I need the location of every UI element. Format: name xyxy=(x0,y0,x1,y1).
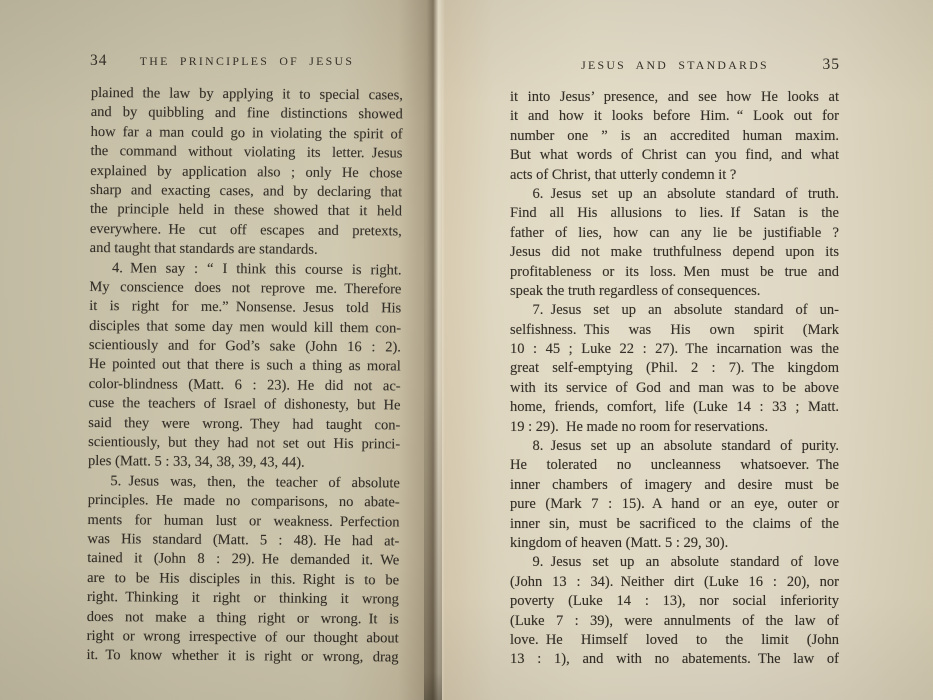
text-line: 4. Men say : “ I think this course is ri… xyxy=(89,259,401,281)
paragraph: it into Jesus’ presence, and see how He … xyxy=(510,88,839,185)
text-line: explained by application also ; only He … xyxy=(90,162,402,184)
text-line: how far a man could go in violating the … xyxy=(91,123,403,145)
text-line: it. To know whether it is right or wrong… xyxy=(86,646,398,668)
text-line: number one ” is an accredited human maxi… xyxy=(510,127,839,146)
text-line: and by quibbling and fine distinctions s… xyxy=(91,103,403,125)
text-line: selfishness. This was His own spirit (Ma… xyxy=(510,321,839,340)
text-line: plained the law by applying it to specia… xyxy=(91,84,403,106)
text-line: was His standard (Matt. 5 : 48). He had … xyxy=(87,530,399,552)
text-line: home, friends, comfort, life (Luke 14 : … xyxy=(510,398,839,417)
text-line: 7. Jesus set up an absolute standard of … xyxy=(510,301,839,320)
text-line: right. Thinking it right or thinking it … xyxy=(87,588,399,610)
text-line: inner chambers of imagery and desire mus… xyxy=(510,476,839,495)
text-line: with its service of God and man was to b… xyxy=(510,379,839,398)
text-line: scientiously and for God’s sake (John 16… xyxy=(89,336,401,358)
page-number-left: 34 xyxy=(90,52,126,70)
text-line: (John 13 : 34). Neither dirt (Luke 16 : … xyxy=(510,573,839,592)
paragraph: 6. Jesus set up an absolute standard of … xyxy=(510,185,839,301)
running-title-left: THE PRINCIPLES OF JESUS xyxy=(126,54,368,69)
text-line: 13 : 1), and with no abatements. The law… xyxy=(510,650,839,669)
text-line: are to be His disciples in this. Right i… xyxy=(87,569,399,591)
book-photo: 34 THE PRINCIPLES OF JESUS plained the l… xyxy=(0,0,933,700)
text-line: 19 : 29). He made no room for reservatio… xyxy=(510,418,839,437)
text-line: 8. Jesus set up an absolute standard of … xyxy=(510,437,839,456)
text-line: acts of Christ, that utterly condemn it … xyxy=(510,166,839,185)
text-line: Jesus did not make truthfulness depend u… xyxy=(510,243,839,262)
text-line: Find all His allusions to lies. If Satan… xyxy=(510,204,839,223)
text-line: father of lies, how can any lie be justi… xyxy=(510,224,839,243)
text-line: said they were wrong. They had taught co… xyxy=(88,414,400,436)
text-line: 9. Jesus set up an absolute standard of … xyxy=(510,553,839,572)
text-line: disciples that some day men would kill t… xyxy=(89,317,401,339)
text-line: the principle held in these showed that … xyxy=(90,200,402,222)
text-line: the command without violating its letter… xyxy=(90,142,402,164)
text-line: poverty (Luke 14 : 13), nor social infer… xyxy=(510,592,839,611)
text-line: color-blindness (Matt. 6 : 23). He did n… xyxy=(89,375,401,397)
paragraph: 4. Men say : “ I think this course is ri… xyxy=(88,259,402,475)
left-page: 34 THE PRINCIPLES OF JESUS plained the l… xyxy=(0,0,433,700)
text-line: everywhere. He cut off escapes and prete… xyxy=(90,220,402,242)
text-line: But what words of Christ can you find, a… xyxy=(510,146,839,165)
text-line: sharp and exacting cases, and by declari… xyxy=(90,181,402,203)
right-page: JESUS AND STANDARDS 35 it into Jesus’ pr… xyxy=(433,0,933,700)
text-line: He tolerated no uncleanness whatsoever. … xyxy=(510,456,839,475)
paragraph: 5. Jesus was, then, the teacher of absol… xyxy=(86,472,400,668)
text-line: 5. Jesus was, then, the teacher of absol… xyxy=(88,472,400,494)
text-line: (Luke 7 : 39), were annulments of the la… xyxy=(510,612,839,631)
text-line: great self-emptying (Phil. 2 : 7). The k… xyxy=(510,359,839,378)
text-line: ments for human lust or weakness. Perfec… xyxy=(87,511,399,533)
text-line: cuse the teachers of Israel of dishonest… xyxy=(88,394,400,416)
paragraph: 7. Jesus set up an absolute standard of … xyxy=(510,301,839,437)
paragraph: 9. Jesus set up an absolute standard of … xyxy=(510,553,839,669)
left-page-body: plained the law by applying it to specia… xyxy=(86,84,403,668)
left-page-header: 34 THE PRINCIPLES OF JESUS xyxy=(90,52,404,70)
text-line: it is right for me.” Nonsense. Jesus tol… xyxy=(89,297,401,319)
text-line: profitableness or its loss. Men must be … xyxy=(510,263,839,282)
text-line: it and how it looks before Him. “ Look o… xyxy=(510,107,839,126)
text-line: My conscience does not reprove me. There… xyxy=(89,278,401,300)
text-line: kingdom of heaven (Matt. 5 : 29, 30). xyxy=(510,534,839,553)
page-number-right: 35 xyxy=(804,56,840,74)
text-line: right or wrong irrespective of our thoug… xyxy=(87,627,399,649)
text-line: speak the truth regardless of consequenc… xyxy=(510,282,839,301)
text-line: ples (Matt. 5 : 33, 34, 38, 39, 43, 44). xyxy=(88,452,400,474)
text-line: tained it (John 8 : 29). He demanded it.… xyxy=(87,549,399,571)
text-line: scientiously, but they had not set out H… xyxy=(88,433,400,455)
text-line: inner sin, must be sacrificed to the cla… xyxy=(510,515,839,534)
running-title-right: JESUS AND STANDARDS xyxy=(546,58,804,73)
text-line: pure (Mark 7 : 15). A hand or an eye, ou… xyxy=(510,495,839,514)
text-line: principles. He made no comparisons, no a… xyxy=(88,491,400,513)
paragraph: 8. Jesus set up an absolute standard of … xyxy=(510,437,839,553)
text-line: He pointed out that there is such a thin… xyxy=(89,355,401,377)
text-line: 10 : 45 ; Luke 22 : 27). The incarnation… xyxy=(510,340,839,359)
text-line: it into Jesus’ presence, and see how He … xyxy=(510,88,839,107)
right-page-body: it into Jesus’ presence, and see how He … xyxy=(510,88,839,670)
paragraph: plained the law by applying it to specia… xyxy=(90,84,403,261)
text-line: and taught that standards are standards. xyxy=(90,239,402,261)
text-line: love. He Himself loved to the limit (Joh… xyxy=(510,631,839,650)
text-line: 6. Jesus set up an absolute standard of … xyxy=(510,185,839,204)
text-line: does not make a thing right or wrong. It… xyxy=(87,608,399,630)
right-page-header: JESUS AND STANDARDS 35 xyxy=(510,56,840,74)
